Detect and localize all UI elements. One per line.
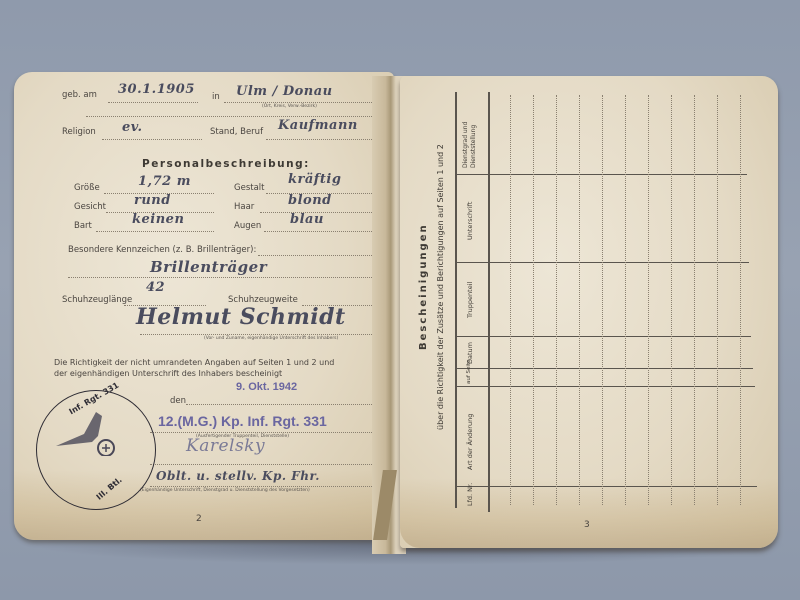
column-divider xyxy=(457,386,755,387)
shoe-length-value: 42 xyxy=(146,280,165,295)
special-marks-label: Besondere Kennzeichen (z. B. Brillenträg… xyxy=(68,245,256,255)
birth-place-hint: (Ort, Kreis, Verw.-Bezirk) xyxy=(262,104,317,109)
eyes-label: Augen xyxy=(234,221,261,231)
height-label: Größe xyxy=(74,183,100,193)
special-marks-value: Brillenträger xyxy=(150,258,267,276)
right-page-title: Bescheinigungen xyxy=(418,223,429,350)
eyes-value: blau xyxy=(290,212,324,227)
table-row-line xyxy=(510,95,511,505)
table-row-line xyxy=(556,95,557,505)
build-label: Gestalt xyxy=(234,183,264,193)
column-header-nr: Lfd. Nr. xyxy=(466,483,474,506)
unit-stamp: 12.(M.G.) Kp. Inf. Rgt. 331 xyxy=(158,413,327,429)
birth-place-value: Ulm / Donau xyxy=(236,84,333,99)
religion-value: ev. xyxy=(122,120,143,135)
dotted-line xyxy=(264,231,374,232)
dotted-line xyxy=(68,277,376,278)
build-value: kräftig xyxy=(288,172,341,187)
table-row-line xyxy=(625,95,626,505)
table-row-line xyxy=(602,95,603,505)
dotted-line xyxy=(102,139,202,140)
table-row-line xyxy=(579,95,580,505)
right-page-number: 3 xyxy=(584,520,590,530)
dotted-line xyxy=(150,486,376,487)
date-label: den xyxy=(170,396,186,406)
table-row-line xyxy=(740,95,741,505)
table-border-left xyxy=(455,92,457,508)
date-stamp: 9. Okt. 1942 xyxy=(236,381,297,393)
officer-rank: Oblt. u. stellv. Kp. Fhr. xyxy=(156,469,320,483)
description-heading: Personalbeschreibung: xyxy=(142,158,310,170)
officer-signature: Karelsky xyxy=(186,436,265,456)
religion-label: Religion xyxy=(62,127,96,137)
column-header-rank: Dienstgrad und Dienststellung xyxy=(462,98,478,168)
face-value: rund xyxy=(134,193,171,208)
dotted-line xyxy=(150,432,376,433)
holder-signature: Helmut Schmidt xyxy=(136,304,346,330)
column-divider xyxy=(457,486,757,487)
left-page-number: 2 xyxy=(196,514,202,524)
dotted-line xyxy=(150,464,376,465)
certification-text-1: Die Richtigkeit der nicht umrandeten Ang… xyxy=(54,358,334,367)
hair-label: Haar xyxy=(234,202,254,212)
shoe-length-label: Schuhzeuglänge xyxy=(62,295,132,305)
table-row-line xyxy=(533,95,534,505)
dotted-line xyxy=(224,102,374,103)
officer-hint: (Eigenhändige Unterschrift, Dienstgrad u… xyxy=(140,488,310,493)
birth-place-label: in xyxy=(212,92,220,102)
profession-value: Kaufmann xyxy=(278,118,358,133)
hair-value: blond xyxy=(288,193,332,208)
dotted-line xyxy=(96,231,214,232)
column-header-signature: Unterschrift xyxy=(466,202,474,240)
column-divider xyxy=(457,368,753,369)
column-header-unit: Truppenteil xyxy=(466,282,474,318)
table-header-divider xyxy=(488,92,490,512)
birth-date-value: 30.1.1905 xyxy=(118,82,195,97)
dotted-line xyxy=(86,116,376,117)
dotted-line xyxy=(108,102,198,103)
beard-value: keinen xyxy=(132,212,184,227)
height-value: 1,72 m xyxy=(138,174,191,189)
eagle-emblem-icon xyxy=(54,408,116,456)
dotted-line xyxy=(258,255,376,256)
certification-text-2: der eigenhändigen Unterschrift des Inhab… xyxy=(54,369,282,378)
table-row-line xyxy=(648,95,649,505)
column-divider xyxy=(457,336,751,337)
right-page-subtitle: über die Richtigkeit der Zusätze und Ber… xyxy=(436,144,445,430)
table-row-line xyxy=(671,95,672,505)
face-label: Gesicht xyxy=(74,202,106,212)
table-row-line xyxy=(717,95,718,505)
profession-label: Stand, Beruf xyxy=(210,127,263,137)
table-row-line xyxy=(694,95,695,505)
beard-label: Bart xyxy=(74,221,92,231)
column-header-change: Art der Änderung xyxy=(466,414,474,470)
birth-date-label: geb. am xyxy=(62,90,97,100)
dotted-line xyxy=(186,404,376,405)
column-header-date: Datum xyxy=(466,342,474,364)
column-divider xyxy=(457,262,749,263)
dotted-line xyxy=(140,334,376,335)
dotted-line xyxy=(266,139,376,140)
holder-signature-hint: (Vor- und Zuname, eigenhändige Unterschr… xyxy=(204,336,338,341)
